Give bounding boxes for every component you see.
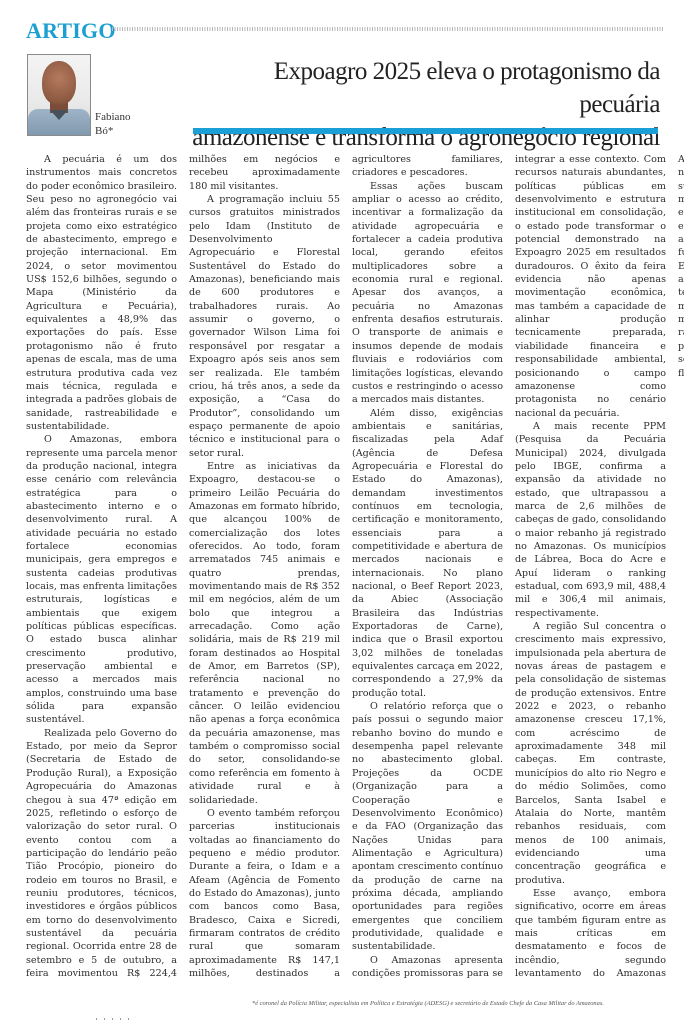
paragraph: A programação incluiu 55 cursos gratuito… (189, 193, 340, 460)
author-last-name: Bó* (95, 124, 130, 138)
page-bottom-marks (96, 1018, 136, 1020)
section-divider (112, 27, 664, 31)
article-headline: Expoagro 2025 eleva o protagonismo da pe… (190, 55, 660, 154)
paragraph: O relatório reforça que o país possui o … (352, 700, 503, 954)
paragraph: Entre as iniciativas da Expoagro, destac… (189, 460, 340, 807)
author-first-name: Fabiano (95, 110, 130, 124)
author-footnote: *é coronel da Polícia Militar, especiali… (252, 1000, 604, 1007)
article-body: A pecuária é um dos instrumentos mais co… (26, 153, 666, 993)
headline-accent-rule (193, 128, 658, 134)
paragraph: A pecuária é um dos instrumentos mais co… (26, 153, 177, 433)
author-byline: Fabiano Bó* (95, 110, 130, 138)
paragraph: O Amazonas, embora represente uma parcel… (26, 433, 177, 727)
author-head (42, 61, 76, 105)
author-photo (27, 54, 91, 136)
paragraph: Além disso, exigências ambientais e sani… (352, 407, 503, 701)
headline-line-2: amazonense e transforma o agronegócio re… (190, 121, 660, 154)
section-tag: ARTIGO (26, 18, 116, 44)
paragraph: A mais recente PPM (Pesquisa da Pecuária… (515, 420, 666, 620)
paragraph: A região Sul concentra o crescimento mai… (515, 620, 666, 887)
paragraph: Essas ações buscam ampliar o acesso ao c… (352, 180, 503, 407)
headline-line-1: Expoagro 2025 eleva o protagonismo da pe… (190, 55, 660, 121)
